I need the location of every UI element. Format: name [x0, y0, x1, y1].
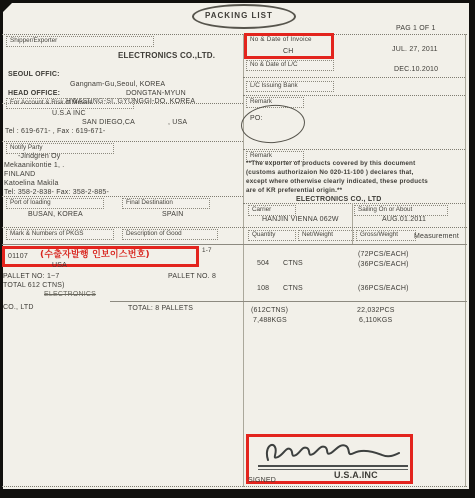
divider — [2, 227, 467, 228]
col-desc-label: Description of Good — [122, 229, 218, 240]
scan-corner-artifact — [3, 3, 12, 12]
invoice-number: CH — [283, 48, 294, 55]
remark-line4: are of KR preferential origin.** — [246, 188, 342, 194]
cargo-range: 1-7 — [202, 248, 212, 254]
total-ctns: (612CTNS) — [251, 307, 288, 314]
qty2-value: 108 — [257, 285, 269, 292]
carrier-value: HANJIN VIENNA 062W — [262, 216, 339, 223]
scan-border-bottom — [0, 489, 475, 498]
divider — [2, 196, 243, 197]
pallet-left: PALLET NO: 1~7 — [3, 273, 59, 280]
qty1-unit: CTNS — [283, 260, 303, 267]
scan-border-right — [469, 0, 475, 498]
divider — [2, 486, 467, 487]
destination-label: Final Destination — [122, 198, 210, 209]
notify-country: FINLAND — [4, 171, 35, 178]
seoul-office-label: SEOUL OFFIC: — [8, 71, 60, 78]
divider — [243, 77, 465, 78]
seoul-office-address: Gangnam-Gu,Seoul, KOREA — [70, 81, 165, 88]
lc-label: No & Date of L/C — [246, 60, 334, 71]
pallet-right: PALLET NO. 8 — [168, 273, 216, 280]
signature-company: U.S.A.INC — [334, 471, 378, 480]
totals-rule — [110, 301, 467, 302]
sailing-date: AUG.01.2011 — [382, 216, 426, 223]
qty2-unit: CTNS — [283, 285, 303, 292]
notify-address: Mekaanikontie 1, . — [4, 162, 64, 169]
col-meas-label: Measurement — [414, 233, 459, 240]
account-city: SAN DIEGO,CA — [82, 119, 135, 126]
divider — [243, 149, 465, 150]
carrier-label: Carrier — [248, 205, 296, 216]
account-tel-fax: Tel : 619-671- , Fax : 619-671- — [5, 128, 105, 135]
invoice-label: No & Date of Invoice — [250, 37, 312, 43]
remark-line3: except where otherwise clearly indicated… — [246, 179, 428, 185]
page-title: PACKING LIST — [205, 12, 273, 20]
divider — [2, 141, 243, 142]
packing-list-scan: PACKING LIST PAG 1 OF 1 Shipper/Exporter… — [0, 0, 475, 498]
total-pallets: TOTAL: 8 PALLETS — [128, 305, 193, 312]
account-label: For Account & Risk of Messrs — [6, 98, 134, 109]
head-office-label: HEAD OFFICE: — [8, 90, 60, 97]
spec1a: (72PCS/EACH) — [358, 251, 409, 258]
po-label: PO: — [250, 115, 263, 122]
po-circle — [240, 103, 306, 145]
total-gross-weight: 6,110KGS — [359, 317, 392, 324]
account-country: , USA — [168, 119, 187, 126]
notify-tel-fax: Tel: 358-2-838- Fax: 358-2-885- — [4, 189, 109, 196]
total-net-weight: 7,488KGS — [253, 317, 287, 324]
cargo-invoice-no-korean: (수출자발행 인보이스번호) — [40, 251, 150, 260]
col-gross-label: Gross/Weight — [356, 230, 416, 241]
signature-line — [258, 465, 408, 470]
divider — [465, 34, 466, 487]
qty1-value: 504 — [257, 260, 269, 267]
scan-border-top — [0, 0, 475, 3]
spec2: (36PCS/EACH) — [358, 285, 409, 292]
total-ctns-left: TOTAL 612 CTNS) — [3, 282, 65, 289]
head-office-line1: DONGTAN-MYUN — [126, 90, 186, 97]
port-label: Port of loading — [6, 198, 104, 209]
col-mark-label: Mark & Numbers of PKGS — [6, 229, 114, 240]
electronics-struck: ELECTRONICS — [44, 291, 96, 298]
shipper-label: Shipper/Exporter — [6, 36, 154, 47]
lc-bank-label: L/C Issuing Bank — [246, 81, 334, 92]
col-net-label: Net/Weight — [298, 230, 354, 241]
page-number: PAG 1 OF 1 — [396, 25, 436, 32]
cargo-usa: USA — [52, 262, 67, 269]
divider — [243, 203, 465, 204]
signed-label: SIGNED — [248, 477, 276, 484]
spec1b: (36PCS/EACH) — [358, 261, 409, 268]
account-name: U.S.A INC — [52, 110, 86, 117]
remark-line1: **The exporter of products covered by th… — [246, 161, 415, 167]
destination-value: SPAIN — [162, 211, 184, 218]
shipper-company: ELECTRONICS CO.,LTD. — [118, 52, 215, 60]
signature-scribble — [262, 438, 402, 466]
invoice-date: JUL. 27, 2011 — [392, 46, 438, 53]
port-value: BUSAN, KOREA — [28, 211, 83, 218]
divider — [243, 34, 244, 487]
total-pcs: 22,032PCS — [357, 307, 395, 314]
col-qty-label: Quantity — [248, 230, 296, 241]
notify-contact: Katoelina Makila — [4, 180, 59, 187]
remark-company: ELECTRONICS CO., LTD — [296, 196, 382, 203]
divider — [243, 95, 465, 96]
remark-line2: (customs authorizaion No 020-11-100 ) de… — [246, 170, 414, 176]
divider — [2, 244, 467, 245]
lc-date: DEC.10.2010 — [394, 66, 438, 73]
sailing-label: Sailing On or About — [354, 205, 448, 216]
notify-name: -Jindgren Oy — [18, 153, 60, 160]
divider — [2, 34, 467, 35]
co-ltd: CO., LTD — [3, 304, 34, 311]
cargo-invoice-no: 01107 — [8, 253, 28, 260]
